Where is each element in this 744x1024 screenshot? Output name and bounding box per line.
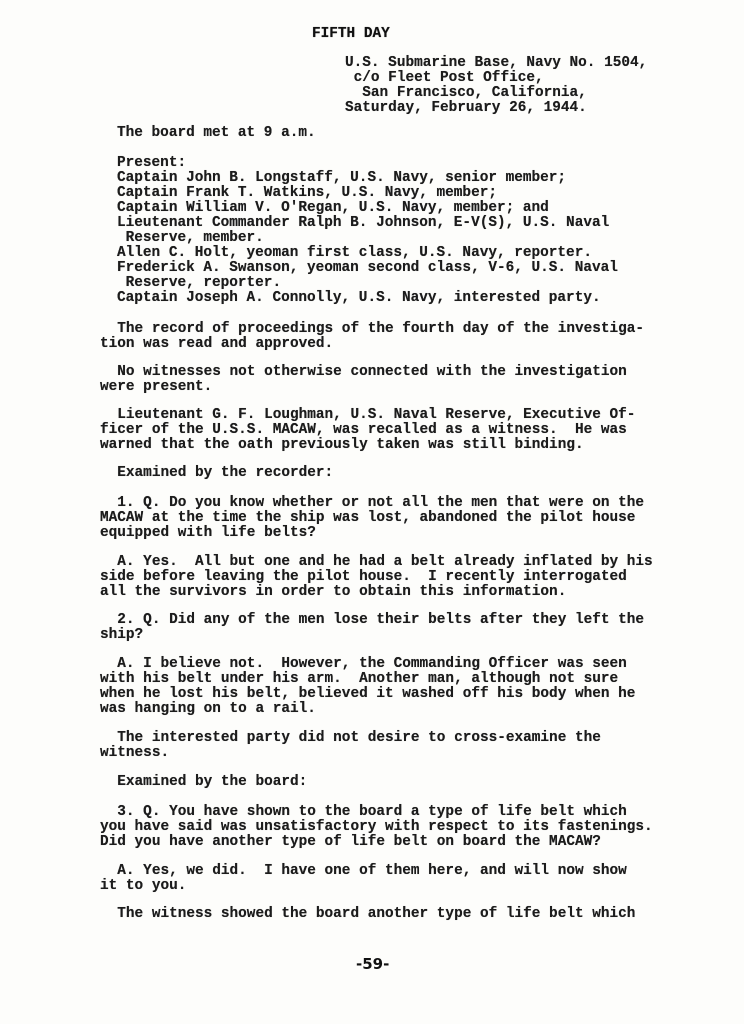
present-member: Captain John B. Longstaff, U.S. Navy, se…: [117, 171, 566, 186]
present-member: Reserve, reporter.: [117, 276, 281, 291]
day-heading: FIFTH DAY: [312, 27, 390, 42]
answer-line: A. I believe not. However, the Commandin…: [100, 657, 627, 672]
paragraph-line: witness.: [100, 746, 169, 761]
paragraph-line: ficer of the U.S.S. MACAW, was recalled …: [100, 423, 627, 438]
present-member: Captain Frank T. Watkins, U.S. Navy, mem…: [117, 186, 497, 201]
paragraph-line: The interested party did not desire to c…: [100, 731, 601, 746]
question-line: ship?: [100, 628, 143, 643]
answer-line: with his belt under his arm. Another man…: [100, 672, 618, 687]
question-line: 3. Q. You have shown to the board a type…: [100, 805, 627, 820]
paragraph-line: The witness showed the board another typ…: [100, 907, 635, 922]
answer-line: side before leaving the pilot house. I r…: [100, 570, 627, 585]
section-label: Examined by the recorder:: [100, 466, 333, 481]
paragraph-line: tion was read and approved.: [100, 337, 333, 352]
meeting-statement: The board met at 9 a.m.: [117, 126, 316, 141]
present-label: Present:: [117, 156, 186, 171]
paragraph-line: No witnesses not otherwise connected wit…: [100, 365, 627, 380]
question-line: you have said was unsatisfactory with re…: [100, 820, 653, 835]
address-line-2: c/o Fleet Post Office,: [345, 71, 544, 86]
address-line-3: San Francisco, California,: [345, 86, 587, 101]
page-number: -59-: [356, 955, 389, 973]
answer-line: all the survivors in order to obtain thi…: [100, 585, 566, 600]
present-member: Allen C. Holt, yeoman first class, U.S. …: [117, 246, 592, 261]
answer-line: when he lost his belt, believed it washe…: [100, 687, 635, 702]
question-line: equipped with life belts?: [100, 526, 316, 541]
address-line-4: Saturday, February 26, 1944.: [345, 101, 587, 116]
present-member: Captain Joseph A. Connolly, U.S. Navy, i…: [117, 291, 601, 306]
paragraph-line: warned that the oath previously taken wa…: [100, 438, 584, 453]
paragraph-line: The record of proceedings of the fourth …: [100, 322, 644, 337]
question-line: 1. Q. Do you know whether or not all the…: [100, 496, 644, 511]
answer-line: A. Yes, we did. I have one of them here,…: [100, 864, 627, 879]
answer-line: was hanging on to a rail.: [100, 702, 316, 717]
answer-line: it to you.: [100, 879, 186, 894]
address-line-1: U.S. Submarine Base, Navy No. 1504,: [345, 56, 647, 71]
question-line: 2. Q. Did any of the men lose their belt…: [100, 613, 644, 628]
present-member: Captain William V. O'Regan, U.S. Navy, m…: [117, 201, 549, 216]
section-label: Examined by the board:: [100, 775, 307, 790]
present-member: Reserve, member.: [117, 231, 264, 246]
document-page: FIFTH DAY U.S. Submarine Base, Navy No. …: [0, 0, 744, 1024]
paragraph-line: were present.: [100, 380, 212, 395]
paragraph-line: Lieutenant G. F. Loughman, U.S. Naval Re…: [100, 408, 635, 423]
answer-line: A. Yes. All but one and he had a belt al…: [100, 555, 653, 570]
question-line: Did you have another type of life belt o…: [100, 835, 601, 850]
present-member: Lieutenant Commander Ralph B. Johnson, E…: [117, 216, 609, 231]
present-member: Frederick A. Swanson, yeoman second clas…: [117, 261, 618, 276]
question-line: MACAW at the time the ship was lost, aba…: [100, 511, 635, 526]
